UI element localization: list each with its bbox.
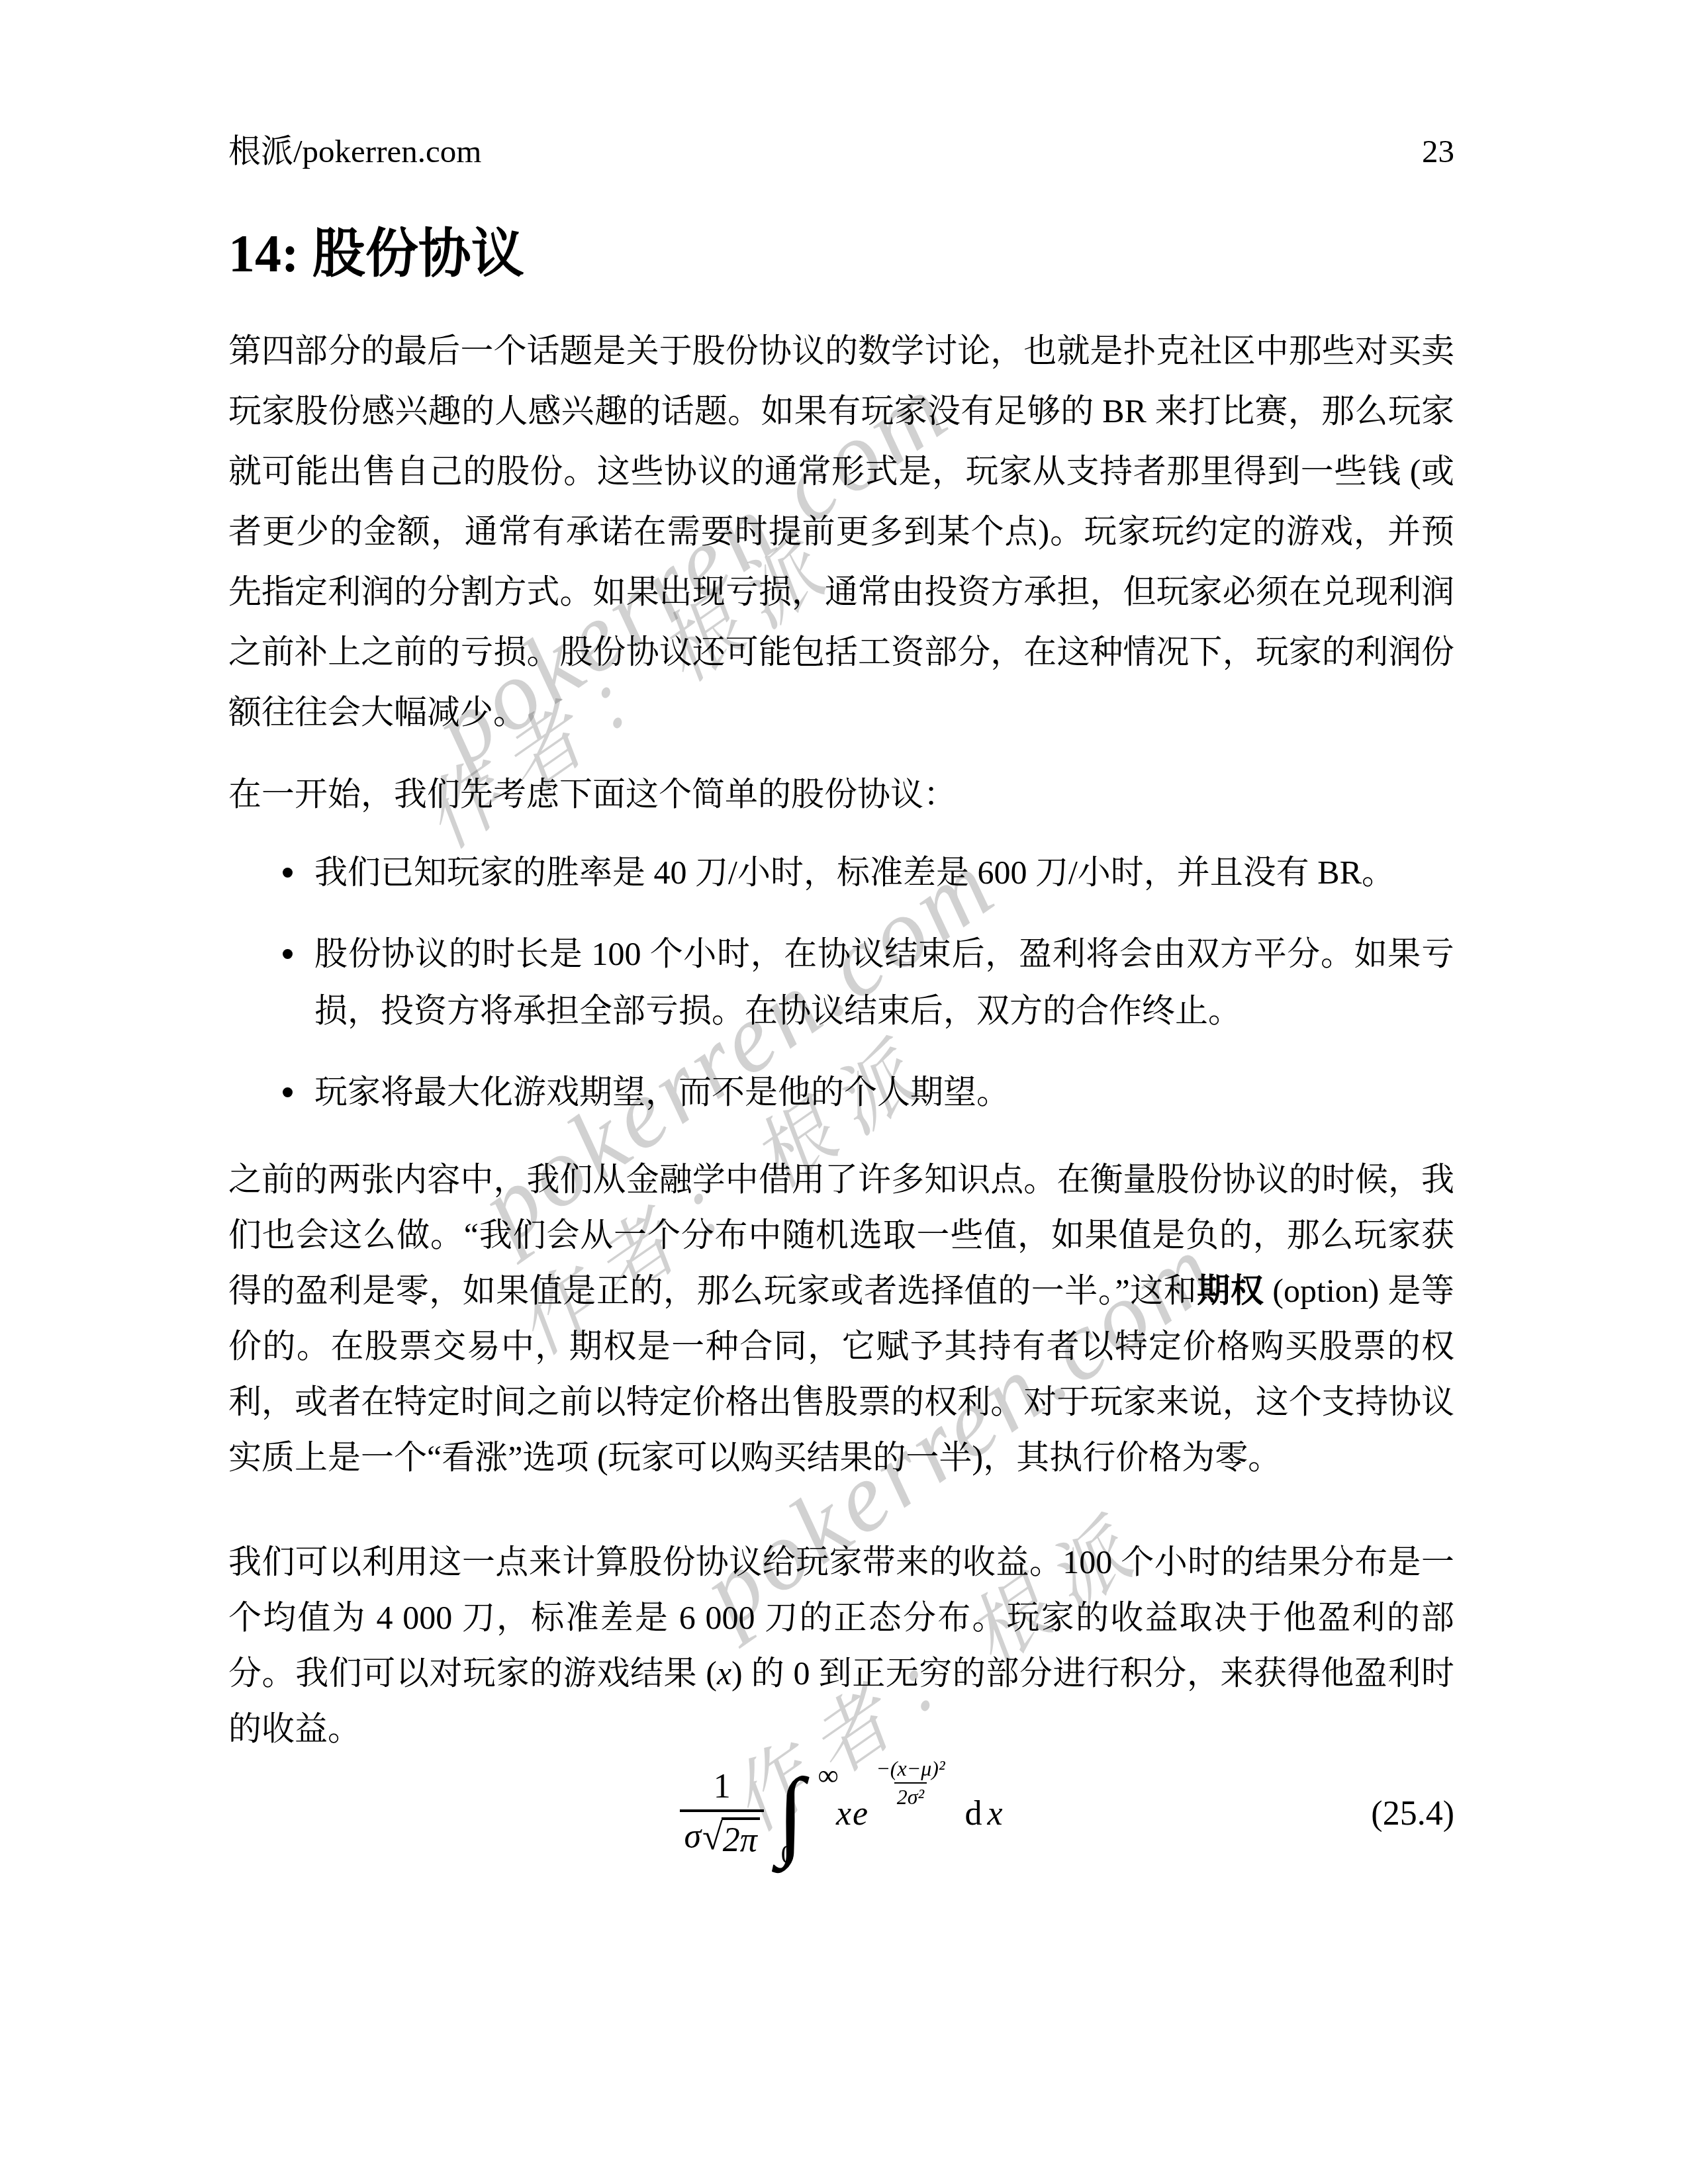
paragraph-3: 我们可以利用这一点来计算股份协议给玩家带来的收益。100 个小时的结果分布是一个…: [228, 1534, 1454, 1756]
bullet-icon: [283, 949, 293, 959]
bullet-icon: [283, 868, 293, 878]
page-header: 根派/pokerren.com 23: [228, 130, 1454, 173]
document-page: pokerren.com 作者：根派 pokerren.com 作者：根派 po…: [0, 0, 1688, 2184]
page-number: 23: [1422, 130, 1454, 173]
chapter-title: 14: 股份协议: [228, 220, 1454, 289]
paragraph-1: 第四部分的最后一个话题是关于股份协议的数学讨论，也就是扑克社区中那些对买卖玩家股…: [228, 321, 1454, 743]
radical-icon: √: [702, 1817, 723, 1858]
equation-block: 1 σ√2π ∫ ∞ 0 xe −(x−μ)² 2σ² dx (25.4): [228, 1741, 1454, 1886]
list-item-1: 我们已知玩家的胜率是 40 刀/小时，标准差是 600 刀/小时，并且没有 BR…: [228, 844, 1454, 901]
list-item-2: 股份协议的时长是 100 个小时，在协议结束后，盈利将会由双方平分。如果亏损，投…: [228, 925, 1454, 1039]
integral: ∫ ∞ 0: [777, 1764, 804, 1863]
exponent-fraction: −(x−μ)² 2σ²: [873, 1757, 947, 1809]
list-item-3: 玩家将最大化游戏期望，而不是他的个人期望。: [228, 1064, 1454, 1120]
fraction-denominator: σ√2π: [680, 1809, 763, 1859]
bold-term-option: 期权: [1197, 1272, 1264, 1309]
list-item-text: 我们已知玩家的胜率是 40 刀/小时，标准差是 600 刀/小时，并且没有 BR…: [314, 854, 1395, 891]
exponent-denominator: 2σ²: [894, 1782, 927, 1809]
bullet-list: 我们已知玩家的胜率是 40 刀/小时，标准差是 600 刀/小时，并且没有 BR…: [228, 844, 1454, 1145]
paragraph-2: 之前的两张内容中，我们从金融学中借用了许多知识点。在衡量股份协议的时候，我们也会…: [228, 1152, 1454, 1485]
exponent-numerator: −(x−μ)²: [873, 1757, 947, 1782]
bullet-icon: [283, 1087, 293, 1097]
header-site-label: 根派/pokerren.com: [228, 130, 481, 173]
integral-upper-limit: ∞: [818, 1758, 839, 1792]
list-item-text: 股份协议的时长是 100 个小时，在协议结束后，盈利将会由双方平分。如果亏损，投…: [314, 935, 1454, 1029]
list-item-text: 玩家将最大化游戏期望，而不是他的个人期望。: [314, 1073, 1009, 1111]
integral-lower-limit: 0: [781, 1839, 794, 1870]
variable-x: x: [717, 1655, 731, 1692]
equation-formula: 1 σ√2π ∫ ∞ 0 xe −(x−μ)² 2σ² dx: [680, 1764, 1002, 1863]
intro-line: 在一开始，我们先考虑下面这个简单的股份协议：: [228, 766, 1454, 822]
integrand: xe: [836, 1794, 869, 1833]
equation-number: (25.4): [1371, 1794, 1454, 1833]
coefficient-fraction: 1 σ√2π: [680, 1768, 763, 1859]
differential: dx: [965, 1794, 1003, 1833]
fraction-numerator: 1: [707, 1768, 737, 1809]
